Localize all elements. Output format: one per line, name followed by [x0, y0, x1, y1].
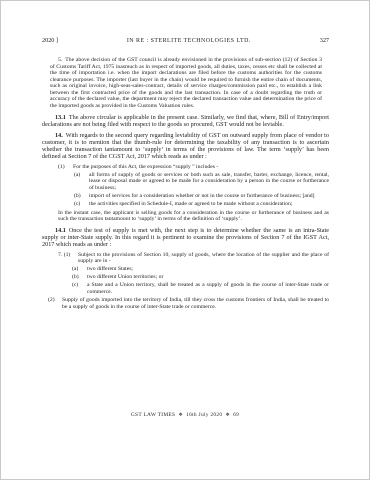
clause-c-text: the activities specified in Schedule-I, … — [89, 201, 329, 208]
igst-clause-c-text: a State and a Union territory, shall be … — [87, 282, 329, 295]
igst-quote-clause-c: (c) a State and a Union territory, shall… — [72, 282, 329, 295]
section-7-1-text: Subject to the provisions of Section 10,… — [78, 252, 329, 265]
section-7-2-label: (2) — [48, 297, 62, 310]
page-footer: GST LAW TIMES❖16th July 2020❖69 — [1, 412, 369, 418]
cgst-quote-clause-1: (1) For the purposes of this Act, the ex… — [58, 164, 329, 171]
igst-quote-clause-b: (b) two different Union territories; or — [72, 274, 329, 281]
header-year: 2020 ] — [42, 37, 58, 44]
igst-quote-section-7-1: 7. (1) Subject to the provisions of Sect… — [58, 252, 329, 265]
para-14-number: 14. — [55, 132, 63, 139]
scanned-journal-page: { "header": { "year_bracket": "2020 ]", … — [0, 0, 370, 480]
igst-clause-a-text: two different States; — [87, 266, 329, 273]
igst-quote-clause-a: (a) two different States; — [72, 266, 329, 273]
running-header: 2020 ] IN RE : STERLITE TECHNOLOGIES LTD… — [42, 37, 329, 45]
igst-quote-section-7-2: (2) Supply of goods imported into the te… — [48, 297, 329, 310]
para-14-1-text: Once the test of supply is met with, the… — [42, 227, 329, 248]
para-14-text: With regards to the second query regardi… — [42, 132, 329, 160]
para-13-1-number: 13.1 — [55, 114, 66, 121]
para-13-1-text: The above circular is applicable in the … — [42, 114, 329, 128]
para-5-number: 5. — [58, 57, 62, 63]
clause-b-text: import of services for a consideration w… — [89, 193, 329, 200]
clause-a-label: (a) — [74, 172, 89, 192]
clause-b-label: (b) — [74, 193, 89, 200]
section-7-2-text: Supply of goods imported into the territ… — [62, 297, 329, 310]
paragraph-14: 14.With regards to the second query rega… — [42, 132, 329, 160]
cgst-quote-clause-c: (c) the activities specified in Schedule… — [74, 201, 329, 208]
para-14-1-number: 14.1 — [55, 227, 66, 234]
header-case-title: IN RE : STERLITE TECHNOLOGIES LTD. — [127, 38, 251, 45]
clause-1-text: For the purposes of this Act, the expres… — [73, 164, 329, 171]
igst-clause-b-text: two different Union territories; or — [87, 274, 329, 281]
paragraph-13-1: 13.1The above circular is applicable in … — [42, 114, 329, 128]
page-content: 2020 ] IN RE : STERLITE TECHNOLOGIES LTD… — [1, 1, 369, 310]
paragraph-5: 5.The above decision of the GST council … — [50, 57, 322, 109]
footer-date: 16th July 2020 — [186, 412, 222, 418]
clause-a-text: all forms of supply of goods or services… — [89, 172, 329, 192]
igst-clause-c-label: (c) — [72, 282, 87, 295]
ornament-icon: ❖ — [178, 413, 183, 418]
cgst-quote-clause-a: (a) all forms of supply of goods or serv… — [74, 172, 329, 192]
footer-journal-name: GST LAW TIMES — [131, 412, 176, 418]
footer-folio-number: 69 — [233, 412, 239, 418]
clause-c-label: (c) — [74, 201, 89, 208]
igst-clause-b-label: (b) — [72, 274, 87, 281]
ornament-icon: ❖ — [225, 413, 230, 418]
para-5-text: The above decision of the GST council is… — [50, 57, 322, 109]
clause-1-label: (1) — [58, 164, 73, 171]
igst-clause-a-label: (a) — [72, 266, 87, 273]
section-7-1-label: 7. (1) — [58, 252, 78, 265]
header-page-number: 327 — [320, 37, 329, 44]
cgst-quote-clause-b: (b) import of services for a considerati… — [74, 193, 329, 200]
paragraph-14-1: 14.1Once the test of supply is met with,… — [42, 227, 329, 248]
instant-case-note: In the instant case, the applicant is se… — [58, 210, 329, 223]
